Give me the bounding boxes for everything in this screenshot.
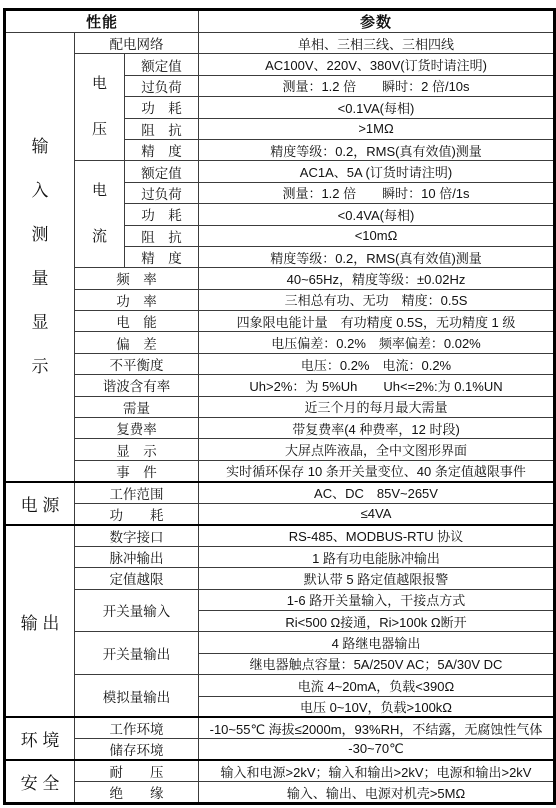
row-label: 阻 抗 <box>125 225 199 246</box>
row-label: 事 件 <box>75 460 199 482</box>
value-cell: <0.4VA(每相) <box>199 204 555 225</box>
row-label: 开关量输出 <box>75 632 199 675</box>
value-cell: 带复费率(4 种费率，12 时段) <box>199 418 555 439</box>
row-label: 模拟量输出 <box>75 675 199 718</box>
row-label: 脉冲输出 <box>75 546 199 567</box>
group-label-power-supply: 电 源 <box>5 482 75 525</box>
row-label: 定值越限 <box>75 568 199 589</box>
row-label: 工作范围 <box>75 482 199 504</box>
value-cell: 1-6 路开关量输入，干接点方式 <box>199 589 555 610</box>
value-cell: 四象限电能计量 有功精度 0.5S，无功精度 1 级 <box>199 311 555 332</box>
row-label: 需量 <box>75 396 199 417</box>
value-cell: Uh>2%：为 5%Uh Uh<=2%:为 0.1%UN <box>199 375 555 396</box>
row-label: 工作环境 <box>75 717 199 739</box>
value-cell: >1MΩ <box>199 118 555 139</box>
row-label: 绝 缘 <box>75 782 199 804</box>
value-cell: AC100V、220V、380V(订货时请注明) <box>199 54 555 75</box>
value-cell: 大屏点阵液晶，全中文图形界面 <box>199 439 555 460</box>
value-cell: 精度等级：0.2，RMS(真有效值)测量 <box>199 139 555 160</box>
row-label: 不平衡度 <box>75 353 199 374</box>
value-cell: -10~55℃ 海拔≤2000m，93%RH，不结露，无腐蚀性气体 <box>199 717 555 739</box>
group-label-input-measure-display: 输 入 测 量 显 示 <box>5 33 75 482</box>
value-cell: <10mΩ <box>199 225 555 246</box>
row-label: 精 度 <box>125 139 199 160</box>
value-cell: 近三个月的每月最大需量 <box>199 396 555 417</box>
row-label: 储存环境 <box>75 739 199 761</box>
row-label: 频 率 <box>75 268 199 289</box>
row-label: 开关量输入 <box>75 589 199 632</box>
value-cell: 输入、输出、电源对机壳>5MΩ <box>199 782 555 804</box>
row-label: 额定值 <box>125 161 199 182</box>
value-cell: AC、DC 85V~265V <box>199 482 555 504</box>
value-cell: 测量：1.2 倍 瞬时：2 倍/10s <box>199 75 555 96</box>
row-label: 功 耗 <box>125 97 199 118</box>
value-cell: 测量：1.2 倍 瞬时：10 倍/1s <box>199 182 555 203</box>
value-cell: 1 路有功电能脉冲输出 <box>199 546 555 567</box>
row-label: 精 度 <box>125 246 199 267</box>
header-performance: 性能 <box>5 10 199 33</box>
spec-table-body: 输 入 测 量 显 示配电网络单相、三相三线、三相四线电 压额定值AC100V、… <box>5 33 555 804</box>
value-cell: 精度等级：0.2，RMS(真有效值)测量 <box>199 246 555 267</box>
value-cell: ≤4VA <box>199 503 555 525</box>
row-label: 阻 抗 <box>125 118 199 139</box>
row-label: 电 能 <box>75 311 199 332</box>
value-cell: 实时循环保存 10 条开关量变位、40 条定值越限事件 <box>199 460 555 482</box>
value-cell: 输入和电源>2kV；输入和输出>2kV；电源和输出>2kV <box>199 760 555 782</box>
row-label: 配电网络 <box>75 33 199 54</box>
subgroup-current: 电 流 <box>75 161 125 268</box>
value-cell: 电压 0~10V，负载>100kΩ <box>199 696 555 717</box>
value-cell: AC1A、5A (订货时请注明) <box>199 161 555 182</box>
value-cell: 电压偏差：0.2% 频率偏差：0.02% <box>199 332 555 353</box>
value-cell: 4 路继电器输出 <box>199 632 555 653</box>
row-label: 功 率 <box>75 289 199 310</box>
value-cell: RS-485、MODBUS-RTU 协议 <box>199 525 555 547</box>
row-label: 功 耗 <box>125 204 199 225</box>
value-cell: 继电器触点容量：5A/250V AC；5A/30V DC <box>199 653 555 674</box>
row-label: 过负荷 <box>125 75 199 96</box>
value-cell: 三相总有功、无功 精度：0.5S <box>199 289 555 310</box>
subgroup-voltage: 电 压 <box>75 54 125 161</box>
spec-table: 性能参数 输 入 测 量 显 示配电网络单相、三相三线、三相四线电 压额定值AC… <box>3 8 556 805</box>
header-parameter: 参数 <box>199 10 555 33</box>
value-cell: 电流 4~20mA，负载<390Ω <box>199 675 555 696</box>
value-cell: 默认带 5 路定值越限报警 <box>199 568 555 589</box>
value-cell: Ri<500 Ω接通，Ri>100k Ω断开 <box>199 610 555 631</box>
group-label-environment: 环 境 <box>5 717 75 760</box>
row-label: 偏 差 <box>75 332 199 353</box>
group-label-safety: 安 全 <box>5 760 75 804</box>
spec-table-header: 性能参数 <box>5 10 555 33</box>
row-label: 谐波含有率 <box>75 375 199 396</box>
value-cell: 单相、三相三线、三相四线 <box>199 33 555 54</box>
row-label: 功 耗 <box>75 503 199 525</box>
value-cell: <0.1VA(每相) <box>199 97 555 118</box>
row-label: 额定值 <box>125 54 199 75</box>
row-label: 过负荷 <box>125 182 199 203</box>
value-cell: 电压：0.2% 电流：0.2% <box>199 353 555 374</box>
row-label: 耐 压 <box>75 760 199 782</box>
row-label: 显 示 <box>75 439 199 460</box>
group-label-output: 输 出 <box>5 525 75 718</box>
value-cell: -30~70℃ <box>199 739 555 761</box>
value-cell: 40~65Hz，精度等级：±0.02Hz <box>199 268 555 289</box>
row-label: 数字接口 <box>75 525 199 547</box>
spec-sheet-page: 性能参数 输 入 测 量 显 示配电网络单相、三相三线、三相四线电 压额定值AC… <box>0 0 556 808</box>
row-label: 复费率 <box>75 418 199 439</box>
